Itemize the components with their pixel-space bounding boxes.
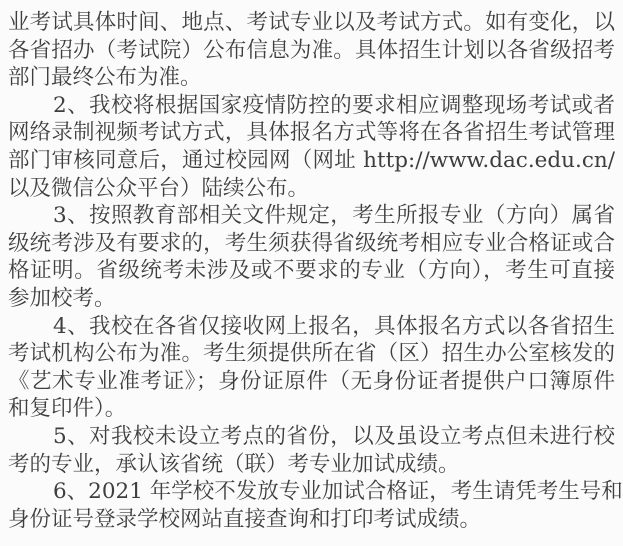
text-line: 4、我校在各省仅接收网上报名，具体报名方式以各省招生 <box>8 313 615 341</box>
text-line: 网络录制视频考试方式，具体报名方式等将在各省招生考试管理 <box>8 119 615 147</box>
text-line: 身份证号登录学校网站直接查询和打印考试成绩。 <box>8 506 615 534</box>
text-line: 参加校考。 <box>8 285 615 313</box>
document-page: 业考试具体时间、地点、考试专业以及考试方式。如有变化，以 各省招办（考试院）公布… <box>0 0 623 546</box>
text-line: 业考试具体时间、地点、考试专业以及考试方式。如有变化，以 <box>8 9 615 37</box>
paragraph-5: 5、对我校未设立考点的省份，以及虽设立考点但未进行校 考的专业，承认该省统（联）… <box>8 423 615 478</box>
text-line: 考的专业，承认该省统（联）考专业加试成绩。 <box>8 451 615 479</box>
text-line: 《艺术专业准考证》；身份证原件（无身份证者提供户口簿原件 <box>8 368 615 396</box>
paragraph-1: 业考试具体时间、地点、考试专业以及考试方式。如有变化，以 各省招办（考试院）公布… <box>8 9 615 92</box>
paragraph-3: 3、按照教育部相关文件规定，考生所报专业（方向）属省 级统考涉及有要求的，考生须… <box>8 202 615 312</box>
text-line: 考试机构公布为准。考生须提供所在省（区）招生办公室核发的 <box>8 340 615 368</box>
text-line: 格证明。省级统考未涉及或不要求的专业（方向），考生可直接 <box>8 257 615 285</box>
text-line: 2、我校将根据国家疫情防控的要求相应调整现场考试或者 <box>8 92 615 120</box>
text-line: 级统考涉及有要求的，考生须获得省级统考相应专业合格证或合 <box>8 230 615 258</box>
text-line-with-url: 部门审核同意后，通过校园网（网址 http://www.dac.edu.cn/ <box>8 147 615 175</box>
text-line: 6、2021 年学校不发放专业加试合格证，考生请凭考生号和 <box>8 478 615 506</box>
paragraph-4: 4、我校在各省仅接收网上报名，具体报名方式以各省招生 考试机构公布为准。考生须提… <box>8 313 615 423</box>
text-line: 以及微信公众平台）陆续公布。 <box>8 175 615 203</box>
paragraph-2: 2、我校将根据国家疫情防控的要求相应调整现场考试或者 网络录制视频考试方式，具体… <box>8 92 615 202</box>
paragraph-6: 6、2021 年学校不发放专业加试合格证，考生请凭考生号和 身份证号登录学校网站… <box>8 478 615 533</box>
text-line: 部门最终公布为准。 <box>8 64 615 92</box>
text-line: 5、对我校未设立考点的省份，以及虽设立考点但未进行校 <box>8 423 615 451</box>
text-line: 各省招办（考试院）公布信息为准。具体招生计划以各省级招考 <box>8 37 615 65</box>
text-line: 和复印件）。 <box>8 395 615 423</box>
text-line: 3、按照教育部相关文件规定，考生所报专业（方向）属省 <box>8 202 615 230</box>
